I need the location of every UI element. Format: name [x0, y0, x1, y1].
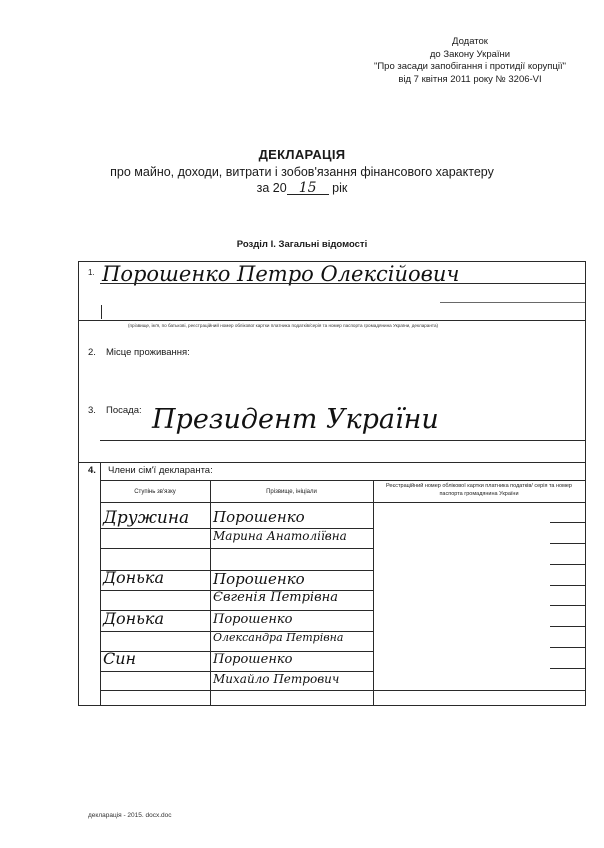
member-given-name[interactable]: Марина Анатоліївна [213, 529, 347, 543]
annex-line-2: до Закону України [350, 49, 590, 62]
taxid-dash [550, 522, 585, 523]
taxid-dash [550, 605, 585, 606]
position-value[interactable]: Президент України [152, 404, 439, 435]
taxid-dash [550, 647, 585, 648]
member-surname[interactable]: Порошенко [213, 612, 292, 627]
col-header-taxid: Реєстраційний номер облікової картки пла… [376, 482, 582, 498]
member-given-name[interactable]: Євгенія Петрівна [213, 590, 338, 605]
taxid-dash [550, 564, 585, 565]
item4-number: 4. [88, 465, 96, 476]
member-relation[interactable]: Дружина [103, 508, 189, 528]
document-title: ДЕКЛАРАЦІЯ [0, 147, 604, 162]
footer-filename: декларація - 2015. docx.doc [88, 812, 172, 819]
item4-left-divider [100, 462, 101, 706]
family-label: Члени сім'ї декларанта: [108, 465, 213, 476]
item3-bottom [78, 462, 586, 463]
frame-right [585, 261, 586, 706]
annex-line-3: "Про засади запобігання і протидії коруп… [350, 61, 590, 74]
item1-number: 1. [88, 268, 95, 277]
item1-tick [101, 305, 102, 319]
family-header-top [100, 480, 586, 481]
item3-line [100, 440, 586, 441]
annex-line-4: від 7 квітня 2011 року № 3206-VI [350, 74, 590, 87]
frame-bottom [78, 705, 586, 706]
col-header-name: Прізвище, ініціали [210, 488, 373, 496]
declaration-year: за 2015 рік [0, 181, 604, 195]
row-line [100, 548, 373, 549]
document-subtitle: про майно, доходи, витрати і зобов'язанн… [0, 165, 604, 179]
member-relation[interactable]: Донька [103, 609, 164, 628]
taxid-dash [550, 585, 585, 586]
member-surname[interactable]: Порошенко [213, 652, 292, 667]
member-relation[interactable]: Син [103, 649, 136, 668]
residence-label: Місце проживання: [106, 347, 190, 358]
item1-line-1 [100, 283, 586, 284]
row-line [100, 690, 586, 691]
member-relation[interactable]: Донька [103, 568, 164, 587]
taxid-dash [550, 668, 585, 669]
item3-number: 3. [88, 405, 96, 416]
member-given-name[interactable]: Олександра Петрівна [213, 631, 343, 644]
taxid-dash [550, 543, 585, 544]
taxid-dash [550, 626, 585, 627]
position-label: Посада: [106, 405, 142, 416]
family-header-bottom [100, 502, 586, 503]
year-prefix: за 20 [257, 181, 287, 195]
year-handwritten[interactable]: 15 [287, 182, 329, 195]
col-header-relation: Ступінь зв'язку [100, 488, 210, 496]
member-given-name[interactable]: Михайло Петрович [213, 672, 339, 686]
member-surname[interactable]: Порошенко [213, 508, 305, 526]
section-title: Розділ I. Загальні відомості [0, 239, 604, 250]
col-divider-2 [373, 480, 374, 706]
annex-header: Додаток до Закону України "Про засади за… [350, 36, 590, 86]
year-suffix: рік [332, 181, 347, 195]
frame-left [78, 261, 79, 706]
annex-line-1: Додаток [350, 36, 590, 49]
item1-line-3 [78, 320, 586, 321]
item1-line-2 [440, 302, 586, 303]
col-divider-1 [210, 480, 211, 706]
item1-caption: (прізвище, ім'я, по батькові, реєстрацій… [128, 323, 438, 328]
item2-number: 2. [88, 347, 96, 358]
member-surname[interactable]: Порошенко [213, 570, 305, 588]
